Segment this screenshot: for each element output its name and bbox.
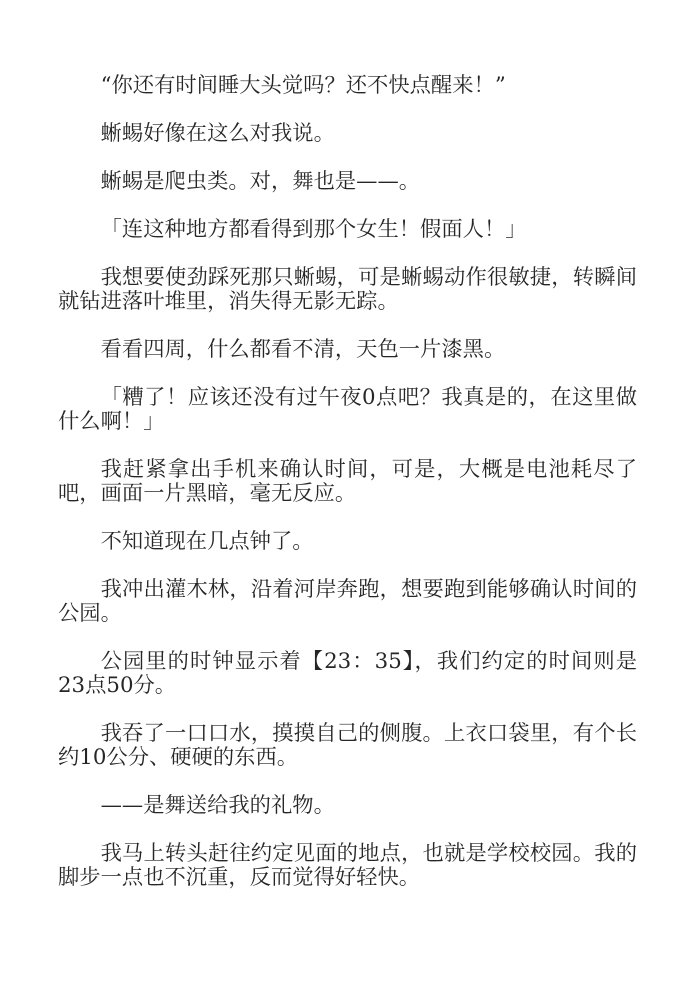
paragraph: 我马上转头赶往约定见面的地点，也就是学校校园。我的脚步一点也不沉重，反而觉得好轻… [58,842,637,890]
paragraph: 我吞了一口口水，摸摸自己的侧腹。上衣口袋里，有个长约10公分、硬硬的东西。 [58,722,637,770]
paragraph: 不知道现在几点钟了。 [58,530,637,554]
paragraph: 我赶紧拿出手机来确认时间，可是，大概是电池耗尽了吧，画面一片黑暗，毫无反应。 [58,458,637,506]
paragraph-dialogue: 「糟了！应该还没有过午夜0点吧？我真是的，在这里做什么啊！」 [58,386,637,434]
paragraph-dialogue: 「连这种地方都看得到那个女生！假面人！」 [58,218,637,242]
paragraph: ——是舞送给我的礼物。 [58,794,637,818]
paragraph: 蜥蜴是爬虫类。对，舞也是——。 [58,170,637,194]
paragraph: 我冲出灌木林，沿着河岸奔跑，想要跑到能够确认时间的公园。 [58,578,637,626]
paragraph: 蜥蜴好像在这么对我说。 [58,122,637,146]
paragraph: 我想要使劲踩死那只蜥蜴，可是蜥蜴动作很敏捷，转瞬间就钻进落叶堆里，消失得无影无踪… [58,266,637,314]
novel-text-page: “你还有时间睡大头觉吗？还不快点醒来！” 蜥蜴好像在这么对我说。 蜥蜴是爬虫类。… [0,0,700,992]
document-page-background: { "page": { "background_color": "#ffffff… [0,0,700,992]
paragraph-dialogue: “你还有时间睡大头觉吗？还不快点醒来！” [58,74,637,98]
paragraph: 公园里的时钟显示着【23：35】，我们约定的时间则是23点50分。 [58,650,637,698]
paragraph: 看看四周，什么都看不清，天色一片漆黑。 [58,338,637,362]
